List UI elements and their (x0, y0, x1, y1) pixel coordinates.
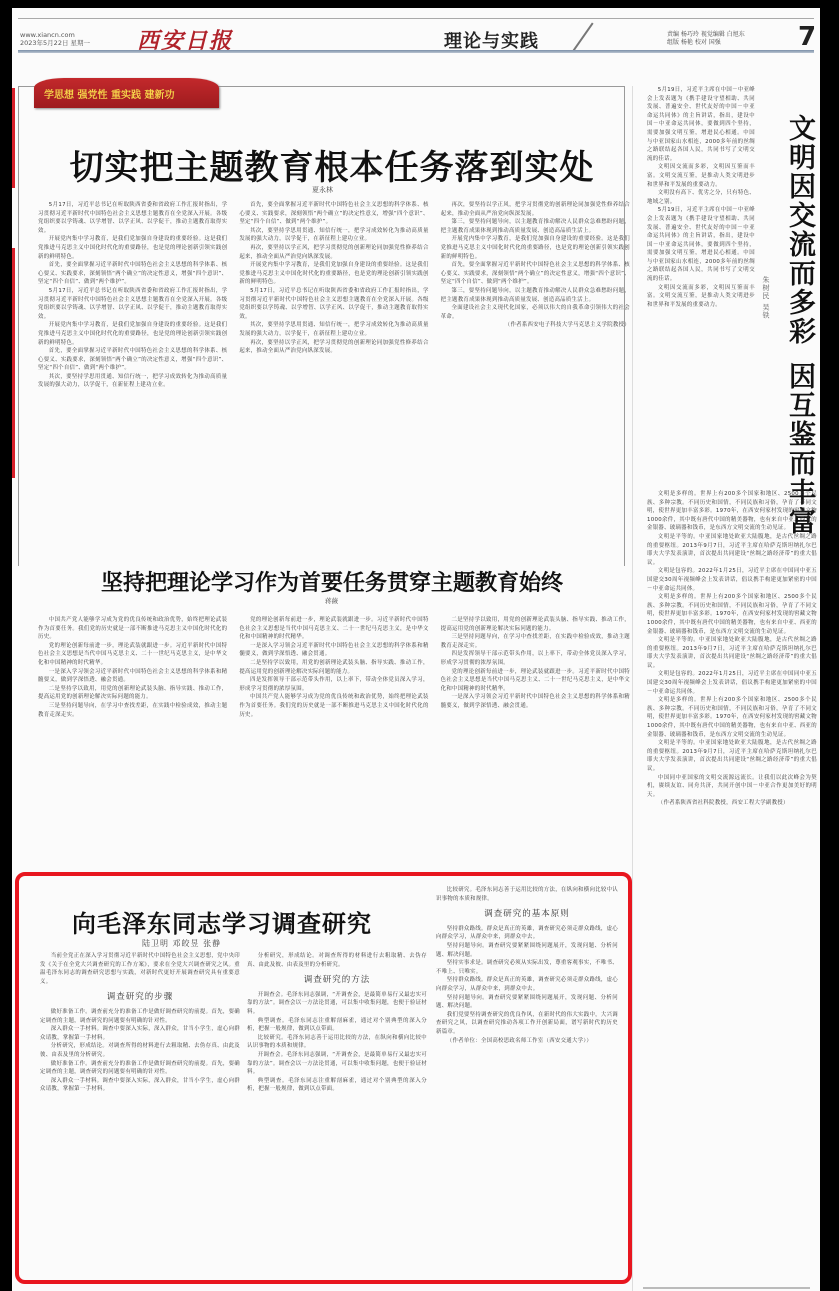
sidebar-article-body: 5月19日，习近平主席在中国－中亚峰会上发表题为《携手建设守望相助、共同发展、普… (647, 86, 755, 486)
paragraph: 文明是包容的。2022年1月25日，习近平主席在中国同中亚五国建交30周年视频峰… (647, 670, 817, 696)
paragraph: 开调查会。毛泽东同志强调，“开调查会，是最简单易行又最忠实可靠的方法”。调查会以… (247, 1051, 427, 1077)
article-column: 中国共产党人能够学习成为党的优良传统和政治优势，始终把理论武装作为首要任务。我们… (38, 616, 227, 868)
decorative-slash (572, 23, 593, 52)
masthead-rule (18, 18, 814, 19)
paragraph: 坚持实事求是。调查研究必须从实际出发，尊重客观事实，不唯书、不唯上、只唯实。 (436, 959, 618, 976)
article-body: 比较研究。毛泽东同志善于运用比较的方法，在纵向和横向比较中认识事物的本质和规律。… (436, 886, 618, 1278)
article-body: 中国共产党人能够学习成为党的优良传统和政治优势，始终把理论武装作为首要任务。我们… (38, 616, 630, 868)
paragraph: 首先，要全面掌握习近平新时代中国特色社会主义思想的科学体系、核心要义、实践要求，… (38, 347, 227, 373)
paragraph: 文明是多样的。世界上有200多个国家和地区、2500多个民族、多种宗教。不同历史… (647, 593, 817, 636)
article-headline[interactable]: 坚持把理论学习作为首要任务贯穿主题教育始终 (52, 566, 612, 597)
paragraph: 中国同中亚国家的文明交流源远流长。让我们以此次峰会为契机，赓续友谊、同舟共济，共… (647, 774, 817, 800)
paragraph: 文明是平等的。中亚国家地处欧亚大陆腹地，是古代丝绸之路的重要枢纽。2013年9月… (647, 533, 817, 567)
paragraph: 二是坚持学以致用，用党的创新理论武装头脑、指导实践、推动工作，提高运用党的创新理… (38, 685, 227, 702)
paragraph: 四是发挥领导干部示范带头作用，以上率下，带动全体党员深入学习，形成学习贯彻的浓厚… (239, 676, 428, 693)
article-column: 5月17日，习近平总书记在听取陕西省委和省政府工作汇报时指出，学习贯彻习近平新时… (38, 201, 227, 526)
left-margin-marker (12, 248, 15, 478)
paragraph: 5月19日，习近平主席在中国－中亚峰会上发表题为《携手建设守望相助、共同发展、普… (647, 86, 755, 163)
article-headline[interactable]: 切实把主题教育根本任务落到实处 (52, 140, 612, 189)
paragraph: 坚持问题导向。调查研究要紧紧围绕问题展开，发现问题、分析问题、解决问题。 (436, 994, 618, 1011)
article-byline: 蒋薇 (325, 596, 338, 605)
paragraph: 一是深入学习领会习近平新时代中国特色社会主义思想的科学体系和精髓要义，做到学深悟… (441, 693, 630, 710)
editor-credits: 责编 杨巧玲 视觉编辑 白旭东 组版 杨艳 校对 国强 (667, 31, 787, 47)
paragraph: 三是坚持问题导向，在学习中查找差距，在实践中检验成效，推动主题教育走深走实。 (441, 633, 630, 650)
paragraph: 文明因交流而多彩，文明因互鉴而丰富。文明交流互鉴，是推动人类文明进步和世界和平发… (647, 284, 755, 310)
article-column: 再次，要坚持以学正风，把学习贯彻党的创新理论同加强党性修养结合起来，推动全面从严… (441, 201, 630, 526)
paragraph: 其次，要坚持学思用贯通、知信行统一，把学习成效转化为推动高质量发展的强大动力，以… (38, 373, 227, 390)
campaign-banner: 学思想 强党性 重实践 建新功 (34, 78, 219, 108)
article-column: 党的理论创新每前进一步，理论武装就跟进一步。习近平新时代中国特色社会主义思想是当… (239, 616, 428, 868)
paragraph: 文明是平等的。中亚国家地处欧亚大陆腹地，是古代丝绸之路的重要枢纽。2013年9月… (647, 636, 817, 670)
paragraph: 二是坚持学以致用，用党的创新理论武装头脑、指导实践、推动工作，提高运用党的创新理… (441, 616, 630, 633)
paragraph: 再次，要坚持以学正风，把学习贯彻党的创新理论同加强党性修养结合起来，推动全面从严… (239, 244, 428, 261)
paragraph: 文明是包容的。2022年1月25日，习近平主席在中国同中亚五国建交30周年视频峰… (647, 567, 817, 593)
paragraph: 典型调查。毛泽东同志注重解剖麻雀，通过对个别典型的深入分析，把握一般规律，做到以… (247, 1017, 427, 1034)
section-heading: 调查研究的方法 (247, 976, 427, 985)
article-column: 分析研究，形成结论。对调查所得的材料进行去粗取精、去伪存真、由此及彼、由表及里的… (247, 952, 427, 1274)
paragraph: 深入群众一手材料。调查中要深入实际，深入群众，甘当小学生，虚心向群众请教，掌握第… (40, 1077, 240, 1094)
paragraph: 全面建设社会主义现代化国家，必须以伟大的自我革命引领伟大的社会革命。 (441, 304, 630, 321)
section-heading: 调查研究的步骤 (40, 993, 240, 1002)
author-affiliation: （作者单位：全国高校思政名师工作室（西安交通大学）） (436, 1037, 618, 1046)
paragraph: 坚持群众路线。群众是真正的英雄，调查研究必须走群众路线，虚心向群众学习，从群众中… (436, 976, 618, 993)
sidebar-article-headline[interactable]: 文明因交流而多彩因互鉴而丰富 (783, 114, 815, 536)
editor-credits-line: 责编 杨巧玲 视觉编辑 白旭东 (667, 31, 787, 39)
article-body: 分析研究，形成结论。对调查所得的材料进行去粗取精、去伪存真、由此及彼、由表及里的… (247, 952, 427, 1274)
masthead-bottom-rule (18, 50, 814, 53)
paragraph: 典型调查。毛泽东同志注重解剖麻雀，通过对个别典型的深入分析，把握一般规律，做到以… (247, 1077, 427, 1094)
issue-date: 2023年5月22日 星期一 (20, 39, 90, 47)
paragraph: 党的理论创新每前进一步，理论武装就跟进一步。习近平新时代中国特色社会主义思想是当… (239, 616, 428, 642)
paragraph: 我们党要坚持调查研究的优良作风，在新时代的伟大实践中，大兴调查研究之风，以调查研… (436, 1011, 618, 1037)
left-margin-marker (12, 88, 15, 188)
paragraph: 做好准备工作。调查前充分的准备工作是做好调查研究的前提。首先，要确定调查的主题，… (40, 1008, 240, 1025)
paragraph: 5月17日，习近平总书记在听取陕西省委和省政府工作汇报时指出，学习贯彻习近平新时… (38, 287, 227, 321)
sidebar-article-body: 文明是多样的。世界上有200多个国家和地区、2500多个民族、多种宗教。不同历史… (647, 490, 817, 1280)
article-column: 比较研究。毛泽东同志善于运用比较的方法，在纵向和横向比较中认识事物的本质和规律。… (436, 886, 618, 1278)
article-byline: 陆卫明 邓皎昱 张静 (142, 938, 221, 949)
paragraph: 当前全党正在深入学习贯彻习近平新时代中国特色社会主义思想，党中央印发《关于在全党… (40, 952, 240, 986)
paragraph: 文明是多样的。世界上有200多个国家和地区、2500多个民族、多种宗教。不同历史… (647, 490, 817, 533)
article-headline[interactable]: 向毛泽东同志学习调查研究 (22, 904, 422, 939)
headline-part: 文明因交流而多彩 (784, 114, 815, 346)
sidebar-article: 5月19日，习近平主席在中国－中亚峰会上发表题为《携手建设守望相助、共同发展、普… (632, 86, 820, 1291)
paragraph: 分析研究，形成结论。对调查所得的材料进行去粗取精、去伪存真、由此及彼、由表及里的… (247, 952, 427, 969)
editor-credits-line: 组版 杨艳 校对 国强 (667, 39, 787, 47)
paragraph: 坚持问题导向。调查研究要紧紧围绕问题展开，发现问题、分析问题、解决问题。 (436, 942, 618, 959)
paragraph: 5月19日，习近平主席在中国－中亚峰会上发表题为《携手建设守望相助、共同发展、普… (647, 206, 755, 283)
paragraph: 第三，要坚持问题导向，以主题教育推动解决人民群众急难愁盼问题，把主题教育成果体现… (441, 287, 630, 304)
paragraph: 四是发挥领导干部示范带头作用，以上率下，带动全体党员深入学习，形成学习贯彻的浓厚… (441, 650, 630, 667)
paragraph: 中国共产党人能够学习成为党的优良传统和政治优势，始终把理论武装作为首要任务。我们… (38, 616, 227, 642)
paragraph: 首先，要全面掌握习近平新时代中国特色社会主义思想的科学体系、核心要义、实践要求，… (38, 261, 227, 287)
author-affiliation: （作者系西安电子科技大学马克思主义学院教授） (441, 321, 630, 330)
paragraph: 5月17日，习近平总书记在听取陕西省委和省政府工作汇报时指出，学习贯彻习近平新时… (38, 201, 227, 235)
paragraph: 文明因交流而多彩，文明因互鉴而丰富。文明交流互鉴，是推动人类文明进步和世界和平发… (647, 163, 755, 189)
article-body: 5月17日，习近平总书记在听取陕西省委和省政府工作汇报时指出，学习贯彻习近平新时… (38, 201, 630, 526)
paragraph: 开展党内集中学习教育，是我们党加强自身建设的重要经验。这是我们党推进马克思主义中… (38, 321, 227, 347)
page-number: 7 (798, 22, 816, 52)
masthead: www.xiancn.com 2023年5月22日 星期一 西安日报 理论与实践… (12, 8, 820, 54)
article-body: 当前全党正在深入学习贯彻习近平新时代中国特色社会主义思想，党中央印发《关于在全党… (40, 952, 240, 1274)
paragraph: 文明是平等的。中亚国家地处欧亚大陆腹地，是古代丝绸之路的重要枢纽。2013年9月… (647, 739, 817, 773)
paragraph: 开展党内集中学习教育，是我们党加强自身建设的重要经验。这是我们党推进马克思主义中… (38, 235, 227, 261)
paragraph: 其次，要坚持学思用贯通、知信行统一，把学习成效转化为推动高质量发展的强大动力，以… (239, 227, 428, 244)
paragraph: 做好准备工作。调查前充分的准备工作是做好调查研究的前提。首先，要确定调查的主题，… (40, 1060, 240, 1077)
paragraph: 第三，要坚持问题导向，以主题教育推动解决人民群众急难愁盼问题，把主题教育成果体现… (441, 218, 630, 235)
paragraph: 再次，要坚持以学正风，把学习贯彻党的创新理论同加强党性修养结合起来，推动全面从严… (441, 201, 630, 218)
paragraph: 中国共产党人能够学习成为党的优良传统和政治优势，始终把理论武装作为首要任务。我们… (239, 693, 428, 719)
article-byline: 朱树民 吴铁 (761, 276, 771, 319)
paragraph: 文明是多样的。世界上有200多个国家和地区、2500多个民族、多种宗教。不同历史… (647, 696, 817, 739)
article-column: 当前全党正在深入学习贯彻习近平新时代中国特色社会主义思想，党中央印发《关于在全党… (40, 952, 240, 1274)
paragraph: 分析研究，形成结论。对调查所得的材料进行去粗取精、去伪存真、由此及彼、由表及里的… (40, 1042, 240, 1059)
paragraph: 三是坚持问题导向，在学习中查找差距，在实践中检验成效，推动主题教育走深走实。 (38, 702, 227, 719)
campaign-banner-text: 学思想 强党性 重实践 建新功 (44, 86, 174, 101)
paragraph: 深入群众一手材料。调查中要深入实际，深入群众，甘当小学生，虚心向群众请教，掌握第… (40, 1025, 240, 1042)
paragraph: 党的理论创新每前进一步，理论武装就跟进一步。习近平新时代中国特色社会主义思想是当… (38, 642, 227, 668)
site-url[interactable]: www.xiancn.com (20, 31, 90, 39)
article-byline: 夏永林 (312, 185, 333, 195)
paragraph: 比较研究。毛泽东同志善于运用比较的方法，在纵向和横向比较中认识事物的本质和规律。 (436, 886, 618, 903)
paragraph: 再次，要坚持以学正风，把学习贯彻党的创新理论同加强党性修养结合起来，推动全面从严… (239, 339, 428, 356)
paragraph: 一是深入学习领会习近平新时代中国特色社会主义思想的科学体系和精髓要义，做到学深悟… (38, 668, 227, 685)
paragraph: 坚持群众路线。群众是真正的英雄，调查研究必须走群众路线，虚心向群众学习，从群众中… (436, 925, 618, 942)
paragraph: 开展党内集中学习教育，是我们党加强自身建设的重要经验。这是我们党推进马克思主义中… (239, 261, 428, 287)
paragraph: 首先，要全面掌握习近平新时代中国特色社会主义思想的科学体系、核心要义、实践要求，… (239, 201, 428, 227)
masthead-meta: www.xiancn.com 2023年5月22日 星期一 (20, 31, 90, 47)
paragraph: 比较研究。毛泽东同志善于运用比较的方法，在纵向和横向比较中认识事物的本质和规律。 (247, 1034, 427, 1051)
newspaper-page: www.xiancn.com 2023年5月22日 星期一 西安日报 理论与实践… (12, 8, 820, 1291)
author-affiliation: （作者系陕西省社科院教授，西安工程大学副教授） (647, 799, 817, 808)
paragraph: 开调查会。毛泽东同志强调，“开调查会，是最简单易行又最忠实可靠的方法”。调查会以… (247, 991, 427, 1017)
paragraph: 一是深入学习领会习近平新时代中国特色社会主义思想的科学体系和精髓要义，做到学深悟… (239, 642, 428, 659)
paragraph: 5月17日，习近平总书记在听取陕西省委和省政府工作汇报时指出，学习贯彻习近平新时… (239, 287, 428, 321)
paragraph: 其次，要坚持学思用贯通、知信行统一，把学习成效转化为推动高质量发展的强大动力，以… (239, 321, 428, 338)
section-heading: 调查研究的基本原则 (436, 910, 618, 919)
article-column: 首先，要全面掌握习近平新时代中国特色社会主义思想的科学体系、核心要义、实践要求，… (239, 201, 428, 526)
paragraph: 文明没有高下、优劣之分，只有特色、地域之别。 (647, 189, 755, 206)
paragraph: 党的理论创新每前进一步，理论武装就跟进一步。习近平新时代中国特色社会主义思想是当… (441, 668, 630, 694)
paragraph: 首先，要全面掌握习近平新时代中国特色社会主义思想的科学体系、核心要义、实践要求，… (441, 261, 630, 287)
page-bottom-rule (643, 1287, 810, 1289)
article-column: 二是坚持学以致用，用党的创新理论武装头脑、指导实践、推动工作，提高运用党的创新理… (441, 616, 630, 868)
paragraph: 开展党内集中学习教育，是我们党加强自身建设的重要经验。这是我们党推进马克思主义中… (441, 235, 630, 261)
paragraph: 二是坚持学以致用，用党的创新理论武装头脑、指导实践、推动工作，提高运用党的创新理… (239, 659, 428, 676)
